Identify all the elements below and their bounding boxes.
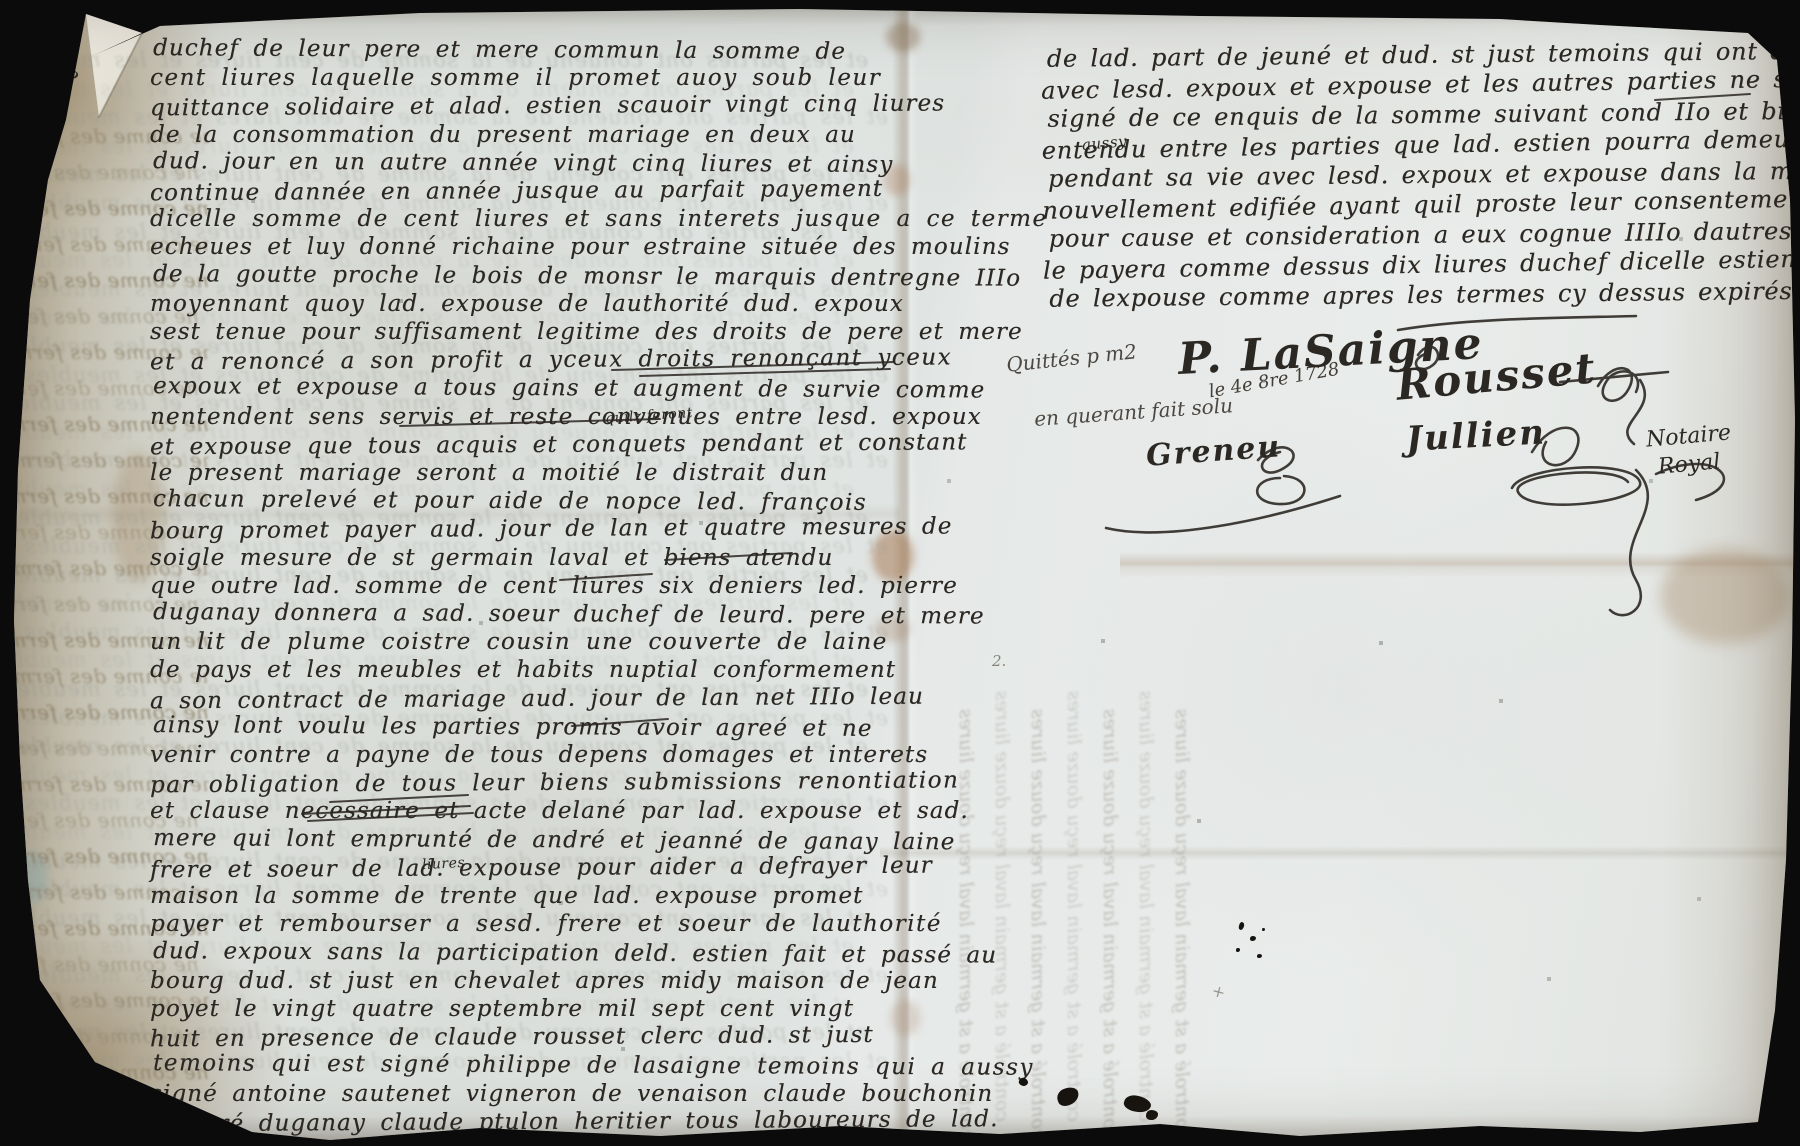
ink-speck — [1238, 922, 1245, 931]
manuscript-line: un lit de plume coistre cousin une couve… — [150, 628, 898, 656]
horizontal-crease-lower-right — [880, 846, 1800, 860]
manuscript-line: bourg dud. st just en chevalet apres mid… — [150, 967, 898, 995]
ink-speck — [1250, 936, 1256, 941]
manuscript-line: temoins qui est signé philippe de lasaig… — [153, 1049, 901, 1081]
bleedthrough-line: controlé a st germain laval reçu douze l… — [1128, 822, 1164, 1122]
manuscript-line: duchef de leur pere et mere commun la so… — [153, 34, 901, 66]
manuscript-line: bourg promet payer aud. jour de lan et q… — [150, 513, 898, 546]
manuscript-line: a son contract de mariage aud. jour de l… — [150, 682, 898, 715]
manuscript-line: quittance solidaire et alad. estien scau… — [150, 90, 898, 123]
signature-paraph — [1627, 380, 1645, 444]
bleedthrough-line: controlé a st germain laval reçu douze l… — [1056, 822, 1092, 1122]
manuscript-line: venir contre a payne de tous depens doma… — [150, 741, 898, 769]
corner-ink-mark: 8 — [56, 64, 82, 93]
manuscript-line: signé antoine sautenet vigneron de venai… — [150, 1080, 898, 1108]
manuscript-line: moyennant quoy lad. expouse de lauthorit… — [150, 290, 898, 318]
ink-blot — [1055, 1085, 1081, 1108]
ink-blot — [1146, 1110, 1158, 1120]
signature-jullien: Jullien — [1405, 412, 1547, 459]
notary-title: Notaire — [1645, 420, 1732, 452]
manuscript-line: continue dannée en année jusque au parfa… — [150, 175, 898, 208]
signature-paraph — [1610, 470, 1648, 615]
manuscript-line: frere et soeur de lad. expouse pour aide… — [150, 852, 898, 885]
closing-note-line: Quittés p m2 — [1005, 339, 1138, 377]
ink-speck — [1262, 928, 1265, 931]
manuscript-line: expoux et expouse a tous gains et augmen… — [153, 372, 901, 404]
interlinear-insertion: liures — [422, 855, 466, 873]
manuscript-line: echeues et luy donné richaine pour estra… — [150, 233, 898, 261]
manuscript-line: dicelle somme de cent liures et sans int… — [150, 205, 898, 233]
right-page-text: de lad. part de jeuné et dud. st just te… — [1047, 36, 1762, 313]
blue-stain — [18, 852, 48, 904]
manuscript-line: dud. jour en un autre année vingt cinq l… — [153, 147, 901, 179]
signature-flourish — [1106, 496, 1340, 532]
bleedthrough-line: controlé a st germain laval reçu douze l… — [1092, 840, 1128, 1140]
manuscript-line: de la goutte proche le bois de monsr le … — [153, 260, 901, 292]
manuscript-line: maison la somme de trente que lad. expou… — [150, 882, 898, 910]
scan-background: et les parties ont conuenu de la somme d… — [0, 0, 1800, 1146]
manuscript-line: duganay donnera a sad. soeur duchef de l… — [153, 598, 901, 630]
brown-crease-stain — [1660, 548, 1790, 644]
cross-ink-mark: + — [1210, 981, 1228, 1003]
notary-title: Royal — [1657, 449, 1721, 479]
signature-paraph — [1512, 467, 1640, 504]
manuscript-line: sest tenue pour suffisament legitime des… — [150, 318, 898, 346]
manuscript-line: poyet le vingt quatre septembre mil sept… — [150, 995, 898, 1023]
ink-speck — [1257, 954, 1262, 958]
closing-note-line: en querant fait solu — [1033, 393, 1233, 431]
manuscript-line: soigle mesure de st germain laval et bie… — [150, 544, 898, 572]
manuscript-line: de la consommation du present mariage en… — [150, 121, 898, 149]
manuscript-line: et expouse que tous acquis et conquets p… — [150, 429, 898, 462]
left-page-text: duchef de leur pere et mere commun la so… — [150, 36, 898, 1136]
manuscript-line: que outre lad. somme de cent liures six … — [150, 572, 898, 600]
manuscript-line: dud. expoux sans la participation deld. … — [153, 937, 901, 969]
manuscript-line: mere qui lont emprunté de andré et jeann… — [153, 824, 901, 856]
manuscript-line: de pays et les meubles et habits nuptial… — [150, 656, 898, 684]
bleedthrough-line: controlé a st germain laval reçu douze l… — [1020, 840, 1056, 1140]
manuscript-line: le present mariage seront a moitié le di… — [150, 459, 898, 487]
paper-speckles — [0, 0, 2, 2]
manuscript-line: ainsy lont voulu les parties promis avoi… — [153, 711, 901, 743]
manuscript-line: payer et rembourser a sesd. frere et soe… — [150, 910, 898, 938]
manuscript-line: cent liures laquelle somme il promet auo… — [150, 64, 898, 92]
margin-ink-mark: 2. — [992, 652, 1006, 670]
witness-signature: Greneu — [1145, 429, 1282, 473]
signature-paraph — [1598, 368, 1638, 400]
manuscript-line: nentendent sens servis et reste convenue… — [150, 403, 898, 431]
bleedthrough-line: controlé a st germain laval reçu douze l… — [1164, 840, 1200, 1140]
manuscript-paper: et les parties ont conuenu de la somme d… — [0, 0, 1800, 1146]
manuscript-line: par obligation de tous leur biens submis… — [150, 767, 898, 800]
manuscript-line: le curé duganay claude ptulon heritier t… — [150, 1105, 898, 1138]
manuscript-line: et clause necessaire et acte delané par … — [150, 797, 898, 825]
ink-speck — [1236, 948, 1240, 952]
